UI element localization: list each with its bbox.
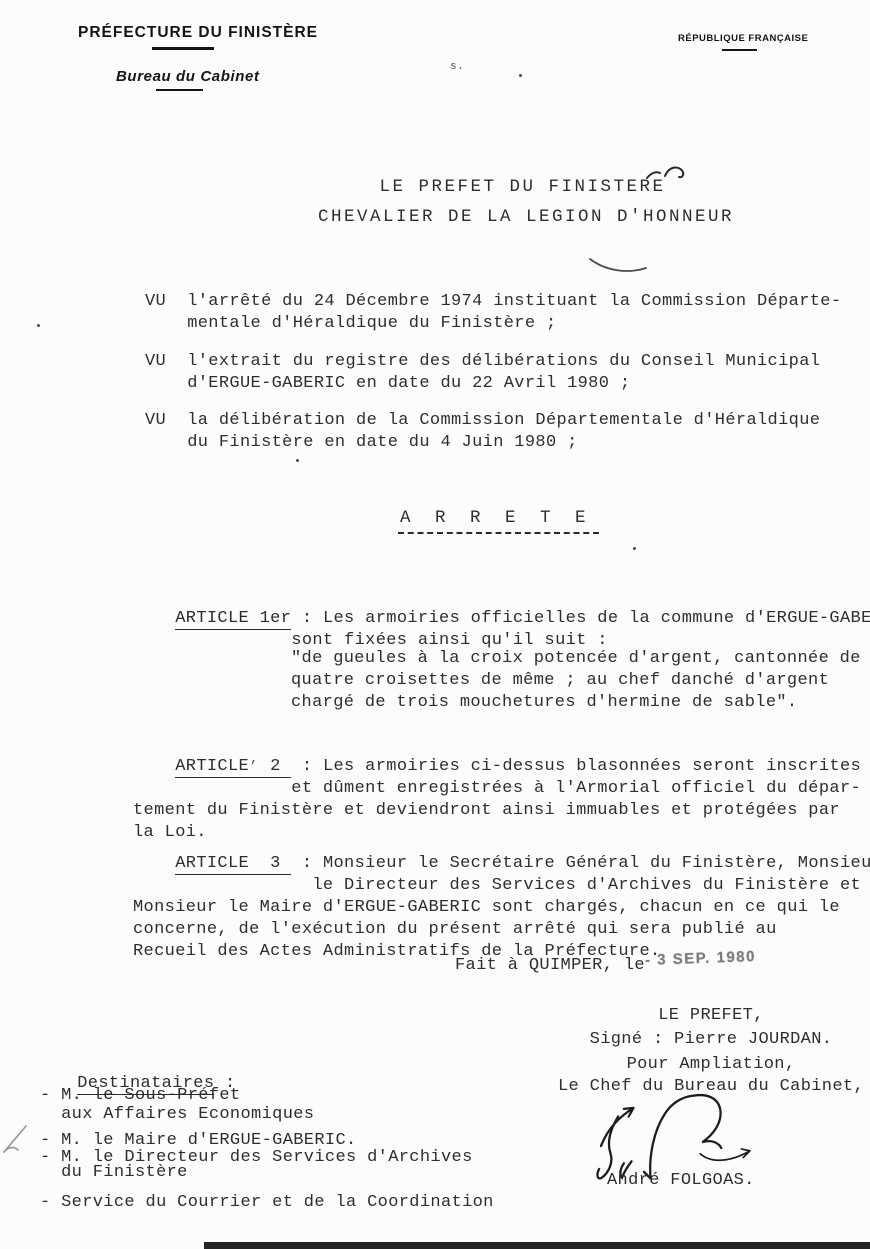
scanned-decree-page: PRÉFECTURE DU FINISTÈRE Bureau du Cabine… — [0, 0, 870, 1249]
blazon-text: "de gueules à la croix potencée d'argent… — [291, 648, 861, 714]
ink-speck-comma: , — [250, 748, 259, 770]
pen-curve-mark-icon — [588, 256, 650, 278]
recipient-item-3: - M. le Directeur des Services d'Archive… — [40, 1150, 473, 1180]
signature-title: LE PREFET, — [552, 1005, 870, 1027]
ink-speck — [37, 324, 40, 327]
letterhead-bureau: Bureau du Cabinet — [116, 68, 260, 85]
ink-speck — [519, 74, 522, 77]
scan-artifact-bar — [204, 1242, 870, 1249]
decree-title-line2: CHEVALIER DE LA LEGION D'HONNEUR — [318, 207, 728, 227]
pen-squiggle-title-icon — [645, 163, 693, 185]
pen-checkmark-icon — [0, 1122, 34, 1158]
vu-clause-3: VU la délibération de la Commission Dépa… — [145, 410, 820, 454]
republic-underline — [722, 49, 757, 51]
arrete-heading: A R R E T E — [398, 508, 599, 534]
article-1-label: ARTICLE 1er — [175, 609, 291, 630]
letterhead-bureau-underline — [156, 89, 203, 91]
recipient-item-1: - M. le Sous-Préfet aux Affaires Economi… — [40, 1086, 314, 1124]
ink-speck-glyph: s. — [450, 56, 464, 78]
signatory-name: André FOLGOAS. — [607, 1170, 755, 1192]
closing-place-line: Fait à QUIMPER, le — [455, 955, 645, 977]
republic-label: RÉPUBLIQUE FRANÇAISE — [678, 33, 808, 44]
article-2-label: ARTICLE 2 — [175, 757, 291, 778]
signature-signe-line: Signé : Pierre JOURDAN. — [552, 1029, 870, 1051]
signature-ampliation-line: Pour Ampliation, — [552, 1054, 870, 1076]
letterhead-office: PRÉFECTURE DU FINISTÈRE — [78, 24, 318, 42]
recipient-item-4: - Service du Courrier et de la Coordinat… — [40, 1192, 494, 1214]
vu-clause-1: VU l'arrêté du 24 Décembre 1974 institua… — [145, 291, 841, 335]
letterhead-office-underline — [152, 47, 214, 50]
article-3-label: ARTICLE 3 — [175, 854, 291, 875]
ink-speck — [633, 547, 636, 550]
vu-clause-2: VU l'extrait du registre des délibératio… — [145, 351, 820, 395]
ink-speck — [296, 459, 299, 462]
